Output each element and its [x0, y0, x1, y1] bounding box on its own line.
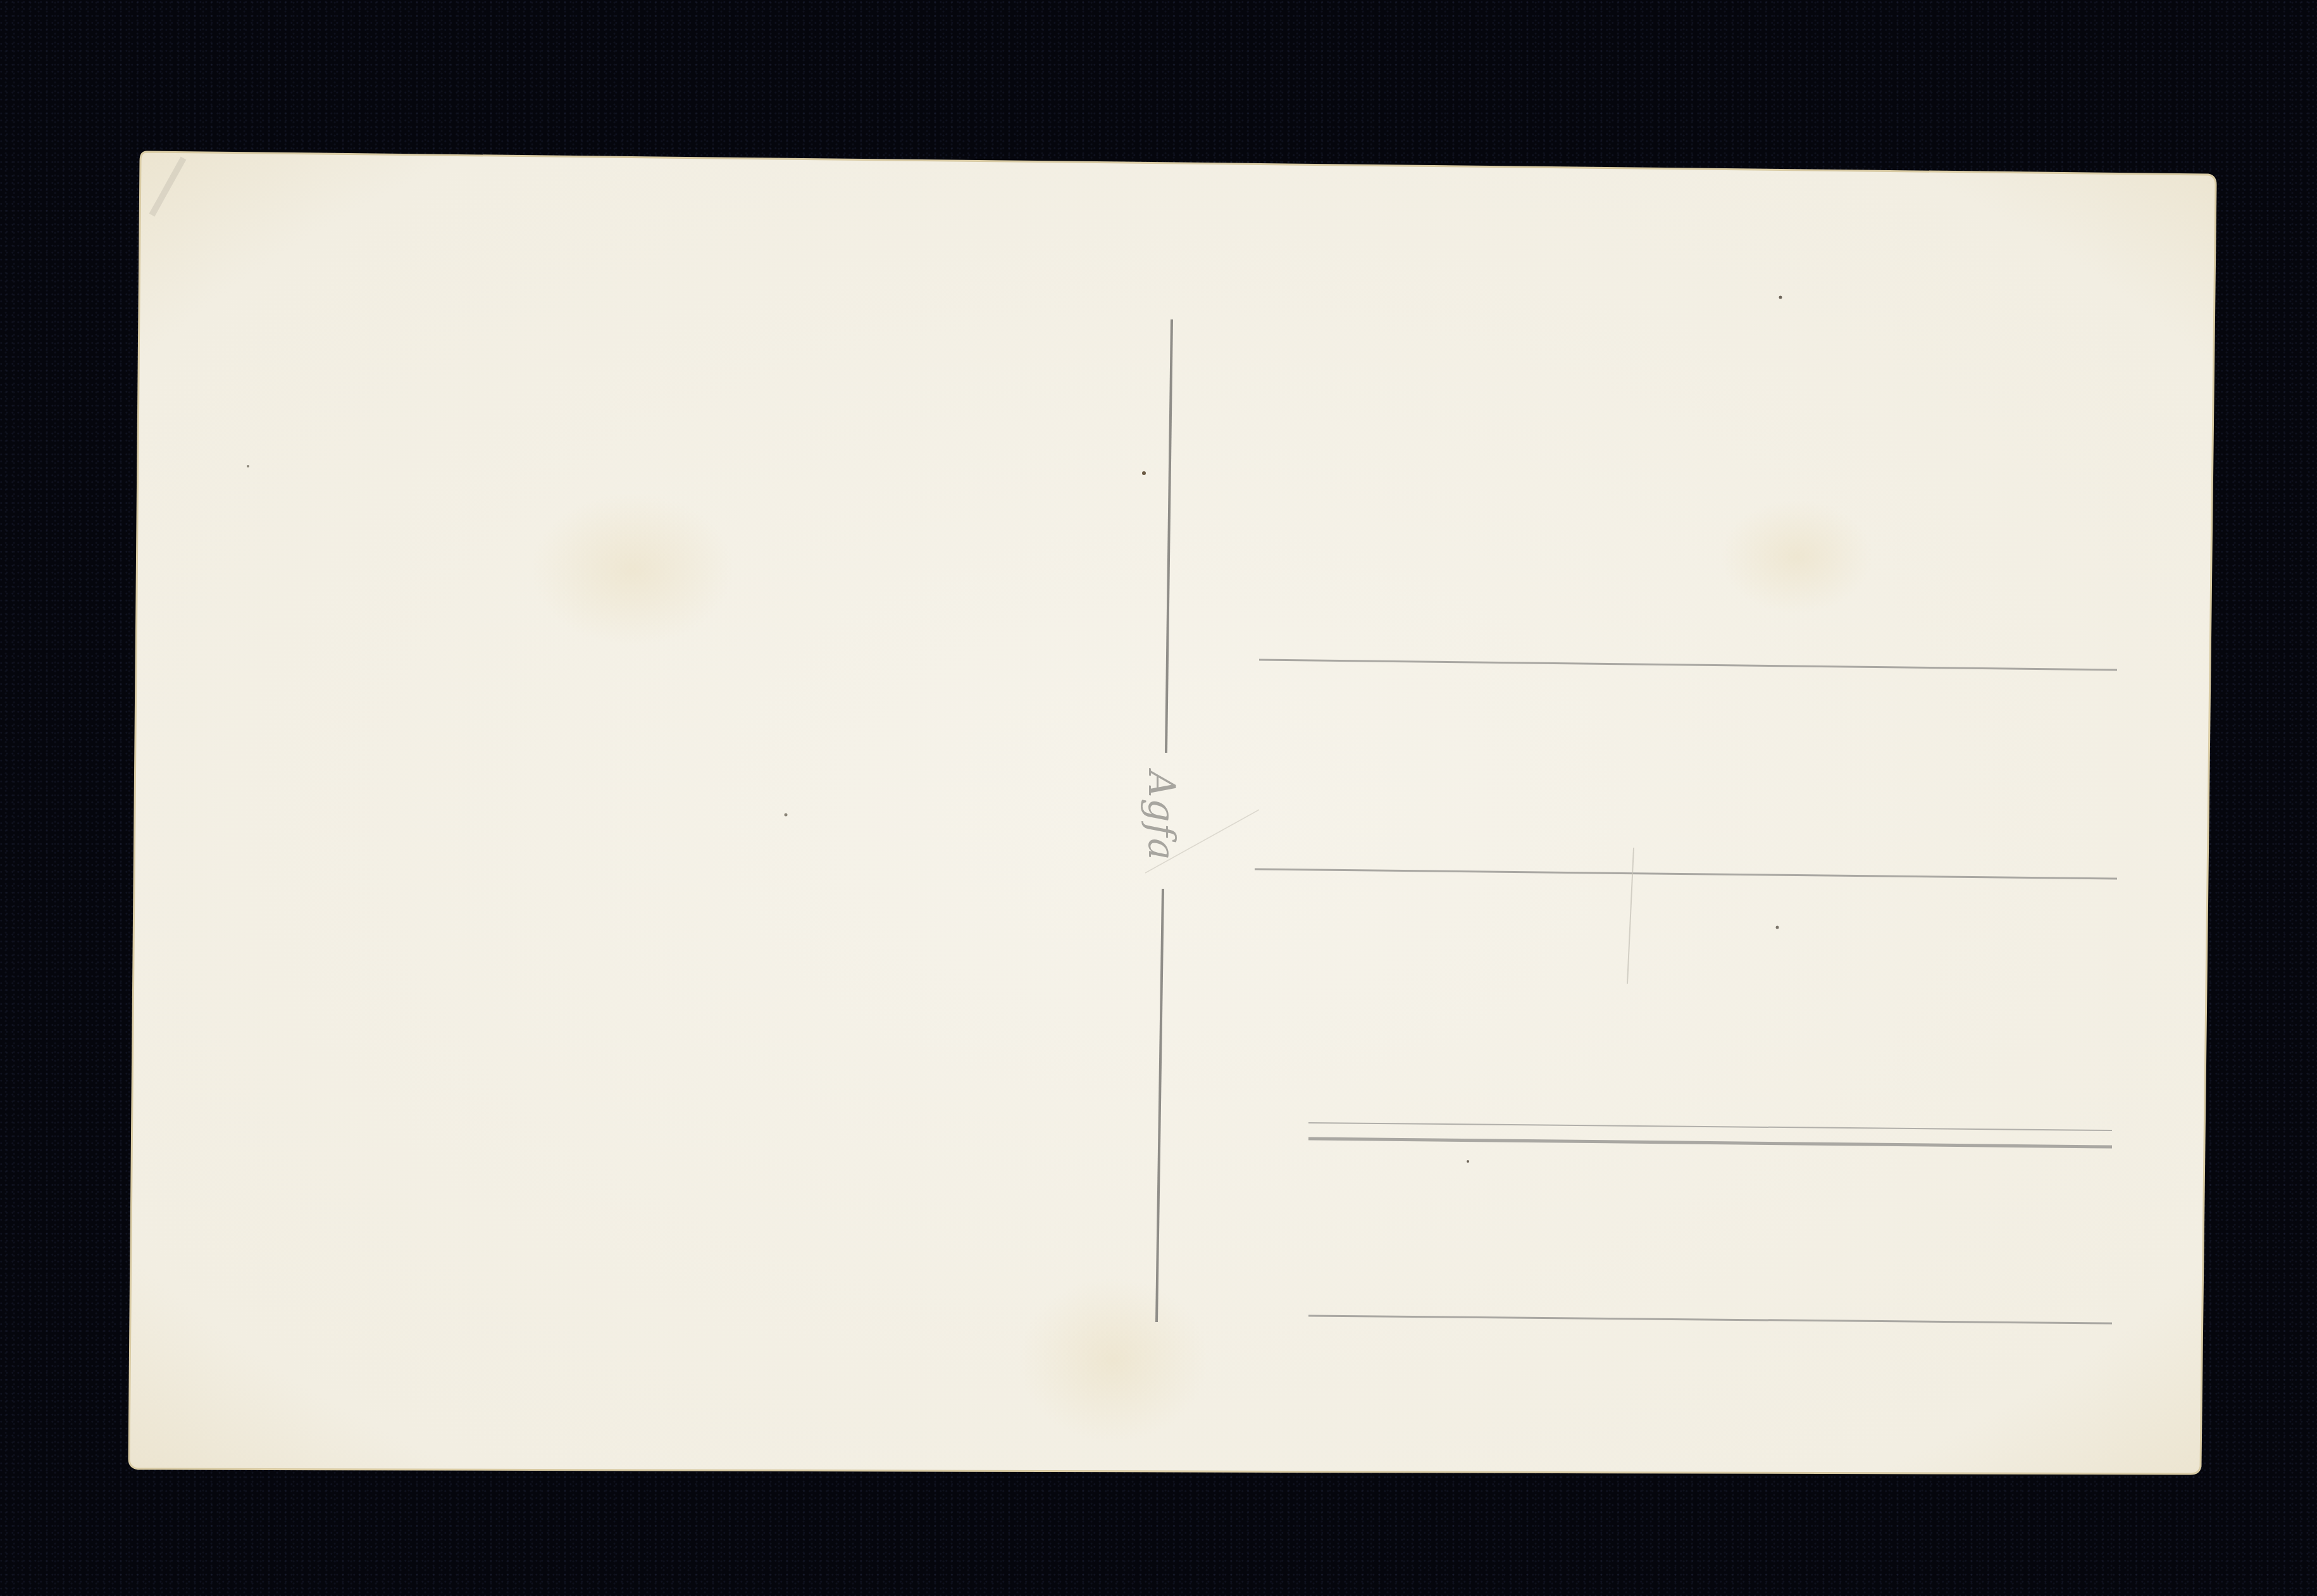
stain [1721, 500, 1873, 614]
speck [1779, 296, 1782, 299]
brand-text-agfa: Agfa [1140, 770, 1183, 861]
speck [247, 465, 249, 467]
stain [531, 493, 734, 645]
speck [1776, 926, 1779, 929]
stain [1019, 1278, 1208, 1442]
speck [785, 813, 788, 817]
postcard-back: Agfa [0, 0, 2317, 1596]
speck [1142, 471, 1146, 475]
speck [1467, 1160, 1469, 1163]
